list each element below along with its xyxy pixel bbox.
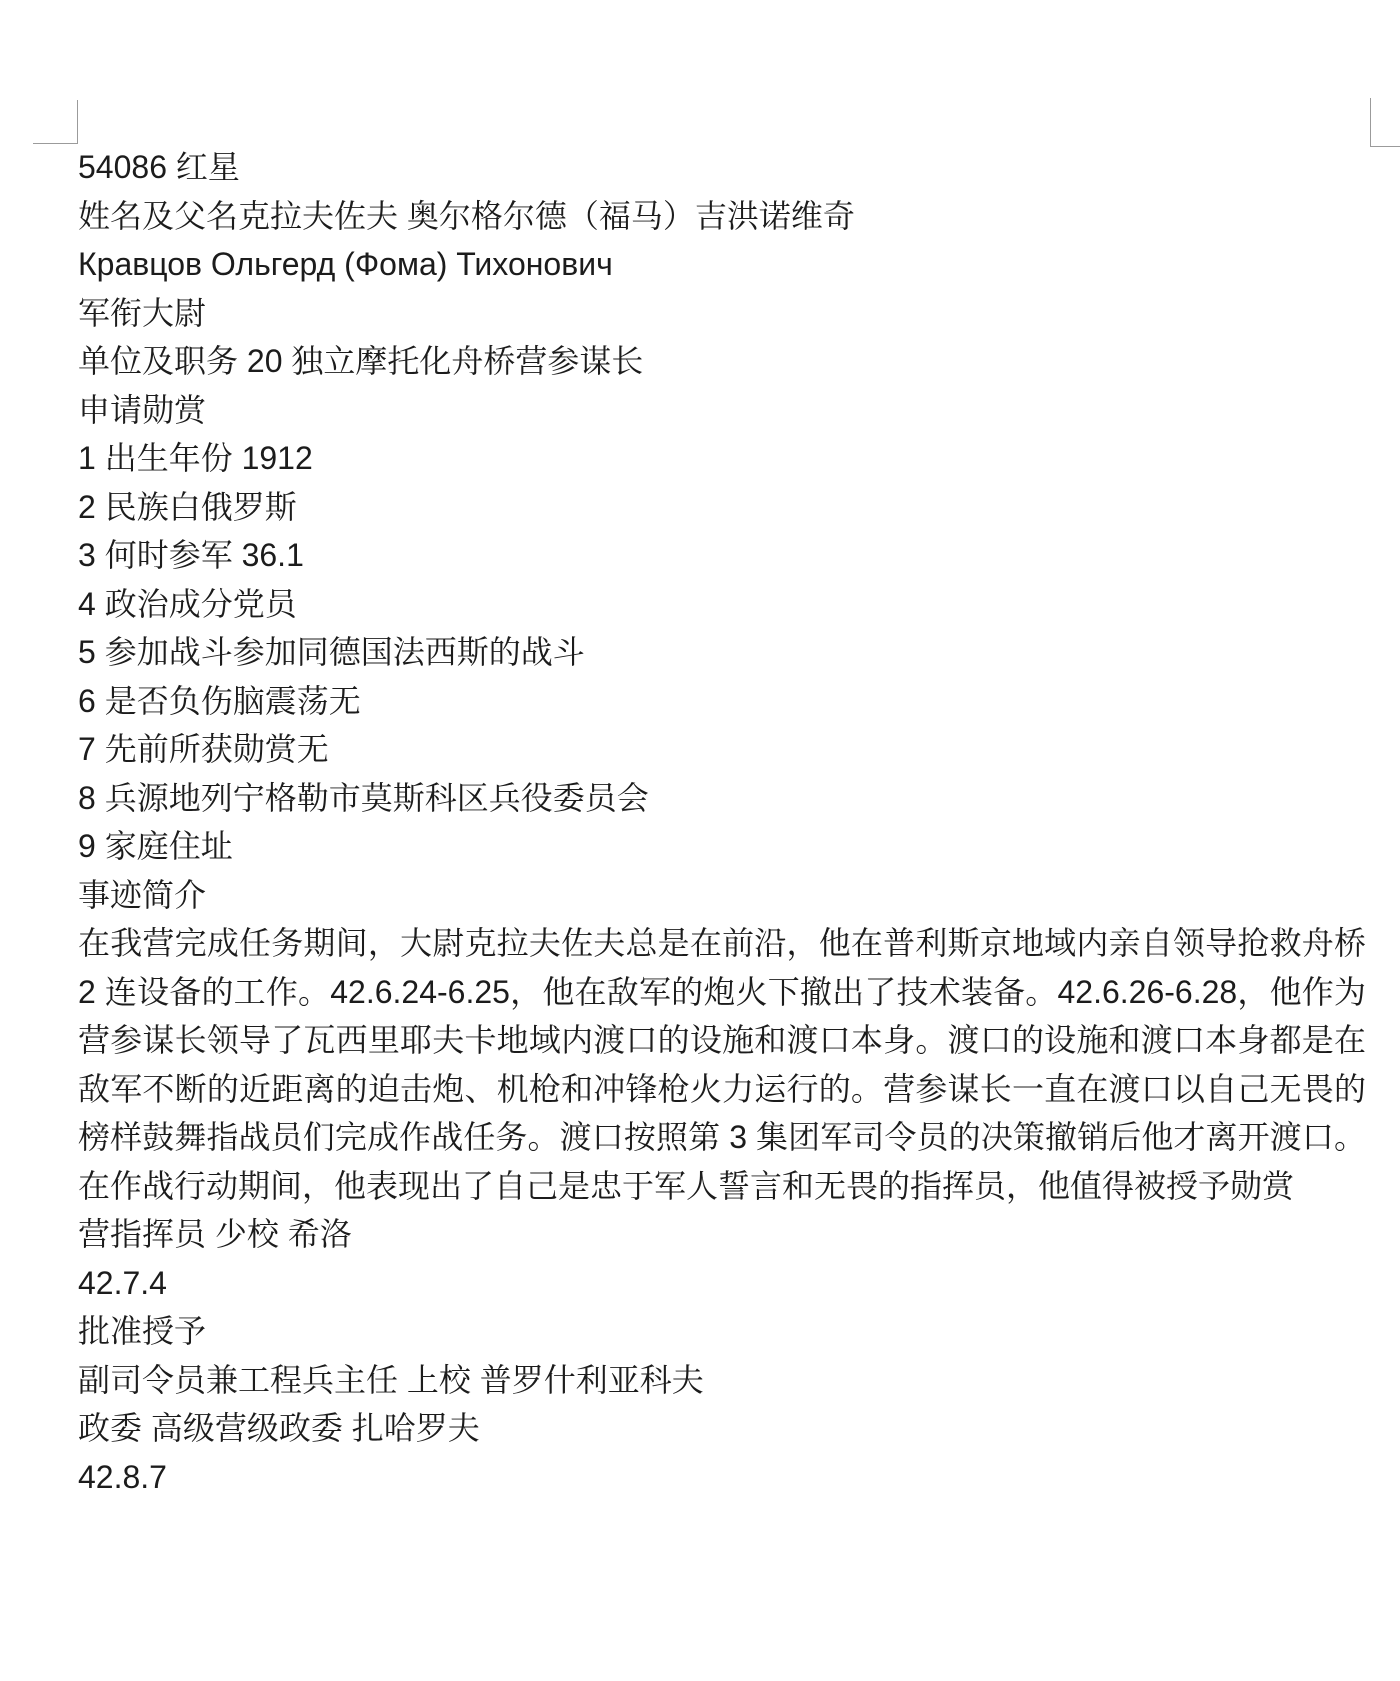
doc-line-field-4-political: 4 政治成分党员 (78, 580, 1366, 629)
doc-line-date-2: 42.8.7 (78, 1453, 1366, 1502)
doc-line-date-1: 42.7.4 (78, 1259, 1366, 1308)
doc-line-field-6-wounds: 6 是否负伤脑震荡无 (78, 677, 1366, 726)
doc-line-merit-paragraph-5: 榜样鼓舞指战员们完成作战任务。渡口按照第 3 集团军司令员的决策撤销后他才离开渡… (78, 1113, 1366, 1162)
doc-line-deputy-commander-signature: 副司令员兼工程兵主任 上校 普罗什利亚科夫 (78, 1356, 1366, 1405)
doc-line-commissar-signature: 政委 高级营级政委 扎哈罗夫 (78, 1404, 1366, 1453)
doc-line-award-request: 申请勋赏 (78, 386, 1366, 435)
document-page: 54086 红星 姓名及父名克拉夫佐夫 奥尔格尔德（福马）吉洪诺维奇 Кравц… (0, 0, 1400, 1681)
doc-line-field-3-enlistment: 3 何时参军 36.1 (78, 531, 1366, 580)
doc-line-rank: 军衔大尉 (78, 289, 1366, 338)
doc-line-merit-paragraph-1: 在我营完成任务期间，大尉克拉夫佐夫总是在前沿，他在普利斯京地域内亲自领导抢救舟桥 (78, 919, 1366, 968)
doc-line-field-1-birth-year: 1 出生年份 1912 (78, 434, 1366, 483)
doc-line-field-8-draft-office: 8 兵源地列宁格勒市莫斯科区兵役委员会 (78, 774, 1366, 823)
page-corner-mark-top-left (33, 100, 78, 144)
doc-line-merit-summary-heading: 事迹简介 (78, 871, 1366, 920)
doc-line-merit-paragraph-2: 2 连设备的工作。42.6.24-6.25，他在敌军的炮火下撤出了技术装备。42… (78, 968, 1366, 1017)
doc-line-name-russian: Кравцов Ольгерд (Фома) Тихонович (78, 240, 1366, 289)
doc-line-field-9-home-address: 9 家庭住址 (78, 822, 1366, 871)
page-corner-mark-top-right (1370, 98, 1400, 147)
doc-line-merit-paragraph-3: 营参谋长领导了瓦西里耶夫卡地域内渡口的设施和渡口本身。渡口的设施和渡口本身都是在 (78, 1016, 1366, 1065)
document-text: 54086 红星 姓名及父名克拉夫佐夫 奥尔格尔德（福马）吉洪诺维奇 Кравц… (78, 143, 1366, 1501)
doc-line-merit-paragraph-4: 敌军不断的近距离的迫击炮、机枪和冲锋枪火力运行的。营参谋长一直在渡口以自己无畏的 (78, 1065, 1366, 1114)
doc-line-name-chinese: 姓名及父名克拉夫佐夫 奥尔格尔德（福马）吉洪诺维奇 (78, 192, 1366, 241)
doc-line-field-7-prior-awards: 7 先前所获勋赏无 (78, 725, 1366, 774)
doc-line-merit-paragraph-6: 在作战行动期间，他表现出了自己是忠于军人誓言和无畏的指挥员，他值得被授予勋赏 (78, 1162, 1366, 1211)
doc-line-field-5-battles: 5 参加战斗参加同德国法西斯的战斗 (78, 628, 1366, 677)
doc-line-unit-position: 单位及职务 20 独立摩托化舟桥营参谋长 (78, 337, 1366, 386)
doc-line-approval-heading: 批准授予 (78, 1307, 1366, 1356)
doc-line-award-number-title: 54086 红星 (78, 143, 1366, 192)
doc-line-commander-signature: 营指挥员 少校 希洛 (78, 1210, 1366, 1259)
doc-line-field-2-ethnicity: 2 民族白俄罗斯 (78, 483, 1366, 532)
